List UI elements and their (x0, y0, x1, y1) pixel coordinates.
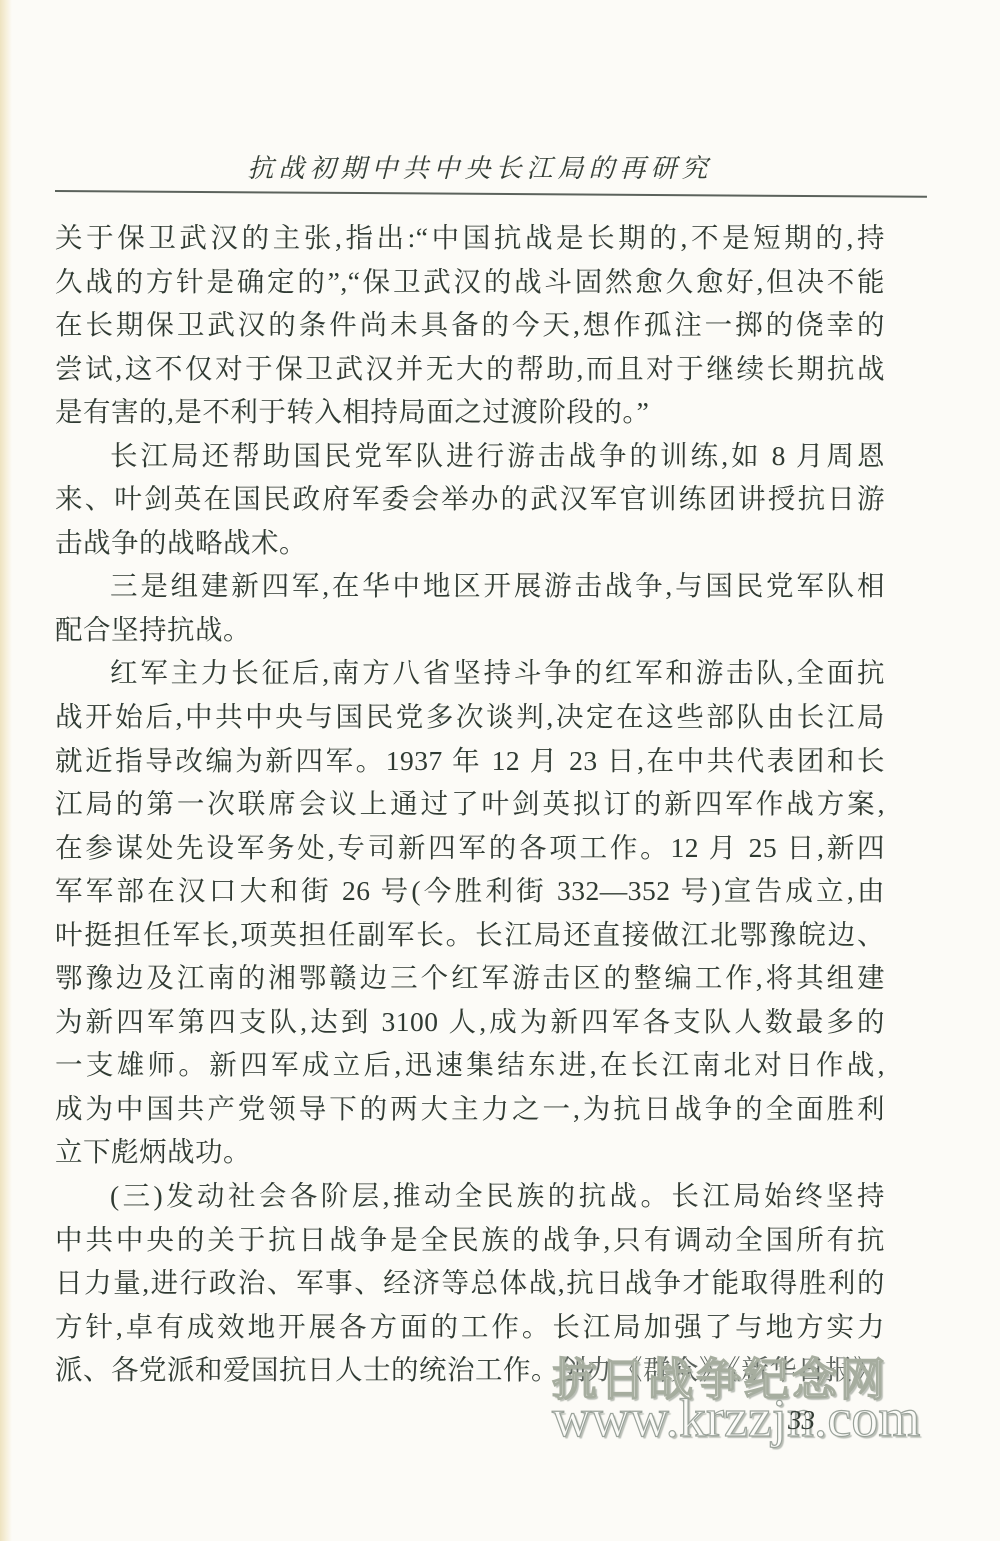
text-line: 在参谋处先设军务处,专司新四军的各项工作。12 月 25 日,新四 (55, 826, 885, 870)
text-line: 尝试,这不仅对于保卫武汉并无大的帮助,而且对于继续长期抗战 (55, 347, 885, 391)
text-line: 派、各党派和爱国抗日人士的统治工作。创办《群众》《新华日报》 (55, 1348, 885, 1392)
text-line: 在长期保卫武汉的条件尚未具备的今天,想作孤注一掷的侥幸的 (55, 303, 885, 347)
text-line: 红军主力长征后,南方八省坚持斗争的红军和游击队,全面抗 (55, 651, 885, 695)
page-number: 33 (788, 1405, 815, 1436)
text-line: 军军部在汉口大和街 26 号(今胜利街 332—352 号)宣告成立,由 (55, 869, 885, 913)
text-line: 关于保卫武汉的主张,指出:“中国抗战是长期的,不是短期的,持 (55, 216, 885, 260)
header-rule (55, 190, 927, 198)
text-line: 三是组建新四军,在华中地区开展游击战争,与国民党军队相 (55, 564, 885, 608)
text-line: (三)发动社会各阶层,推动全民族的抗战。长江局始终坚持 (55, 1174, 885, 1218)
text-line: 击战争的战略战术。 (55, 521, 885, 565)
text-line: 中共中央的关于抗日战争是全民族的战争,只有调动全国所有抗 (55, 1218, 885, 1262)
running-head-title: 抗战初期中共中央长江局的再研究 (55, 148, 905, 185)
obscured-text-fragment: 创办《群众》《新华日报》 (559, 1354, 881, 1385)
text-line: 一支雄师。新四军成立后,迅速集结东进,在长江南北对日作战, (55, 1043, 885, 1087)
text-line: 来、叶剑英在国民政府军委会举办的武汉军官训练团讲授抗日游 (55, 477, 885, 521)
text-line: 是有害的,是不利于转入相持局面之过渡阶段的。” (55, 390, 885, 434)
text-line: 成为中国共产党领导下的两大主力之一,为抗日战争的全面胜利 (55, 1087, 885, 1131)
scan-edge-shadow (0, 0, 12, 1541)
text-line: 久战的方针是确定的”,“保卫武汉的战斗固然愈久愈好,但决不能 (55, 260, 885, 304)
text-line: 战开始后,中共中央与国民党多次谈判,决定在这些部队由长江局 (55, 695, 885, 739)
text-line: 为新四军第四支队,达到 3100 人,成为新四军各支队人数最多的 (55, 1000, 885, 1044)
text-line: 方针,卓有成效地开展各方面的工作。长江局加强了与地方实力 (55, 1305, 885, 1349)
text-line: 日力量,进行政治、军事、经济等总体战,抗日战争才能取得胜利的 (55, 1261, 885, 1305)
book-page: 抗战初期中共中央长江局的再研究 关于保卫武汉的主张,指出:“中国抗战是长期的,不… (0, 0, 1000, 1541)
text-line: 立下彪炳战功。 (55, 1130, 885, 1174)
text-line: 鄂豫边及江南的湘鄂赣边三个红军游击区的整编工作,将其组建 (55, 956, 885, 1000)
watermark-url: www.krzzjn.com (552, 1388, 912, 1448)
text-line: 江局的第一次联席会议上通过了叶剑英拟订的新四军作战方案, (55, 782, 885, 826)
text-line: 叶挺担任军长,项英担任副军长。长江局还直接做江北鄂豫皖边、 (55, 913, 885, 957)
text-line: 配合坚持抗战。 (55, 608, 885, 652)
text-line: 长江局还帮助国民党军队进行游击战争的训练,如 8 月周恩 (55, 434, 885, 478)
text-line: 就近指导改编为新四军。1937 年 12 月 23 日,在中共代表团和长 (55, 739, 885, 783)
body-text: 关于保卫武汉的主张,指出:“中国抗战是长期的,不是短期的,持久战的方针是确定的”… (55, 216, 885, 1392)
